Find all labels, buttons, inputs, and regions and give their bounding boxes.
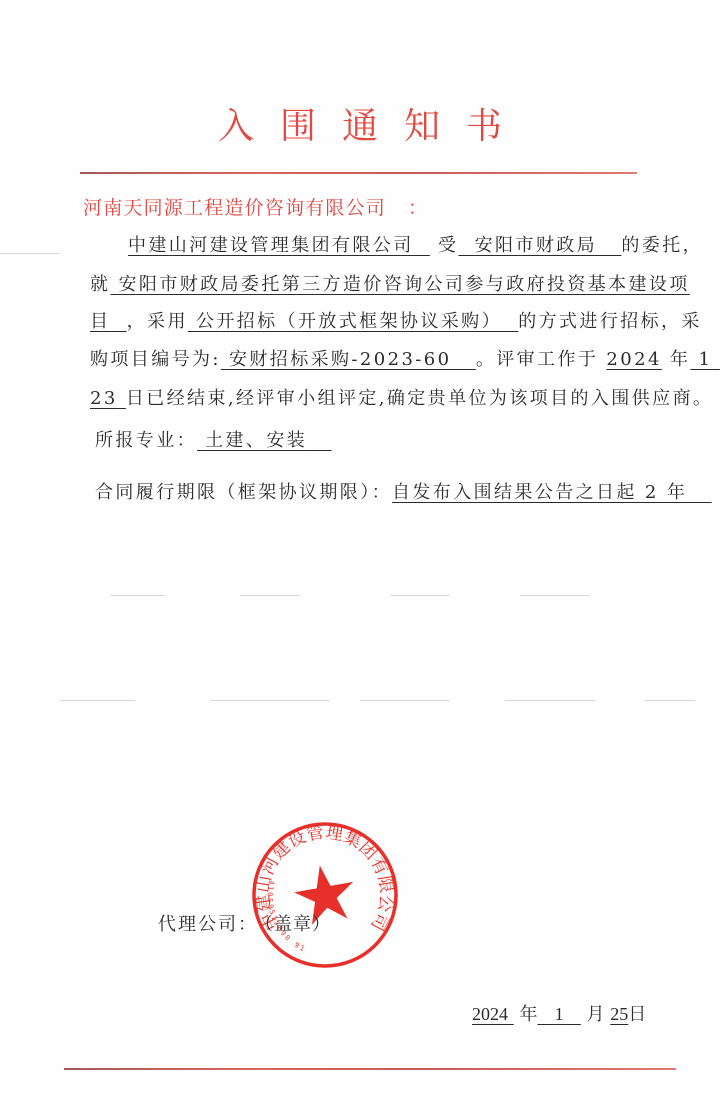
company-seal: 中建山河建设管理集团有限公司 41050515890 91 bbox=[250, 820, 400, 970]
body-line-2: 就 安阳市财政局委托第三方造价咨询公司参与政府投资基本建设项 bbox=[90, 270, 690, 296]
project-name-part1: 安阳市财政局委托第三方造价咨询公司参与政府投资基本建设项 bbox=[119, 274, 690, 295]
static-text: 日 bbox=[628, 1004, 646, 1025]
scan-artifact bbox=[520, 595, 590, 596]
specialty-value: 土建、安装 bbox=[205, 430, 307, 451]
project-name-part2: 目 bbox=[90, 311, 110, 332]
scan-artifact bbox=[360, 700, 450, 701]
static-text: 受 bbox=[438, 235, 458, 256]
scan-artifact bbox=[390, 595, 450, 596]
principal-name: 中建山河建设管理集团有限公司 bbox=[128, 235, 414, 256]
scan-artifact bbox=[60, 700, 135, 701]
specialty-label: 所报专业： bbox=[95, 430, 197, 451]
static-text: 年 bbox=[519, 1004, 537, 1025]
body-line-4: 购项目编号为: 安财招标采购-2023-60 。评审工作于 2024 年 1 月 bbox=[90, 345, 720, 371]
static-text: 。评审工作于 bbox=[476, 349, 598, 370]
scan-artifact bbox=[110, 595, 165, 596]
body-line-7: 合同履行期限（框架协议期限）：自发布入围结果公告之日起 2 年 bbox=[95, 478, 712, 504]
project-number: 安财招标采购-2023-60 bbox=[229, 349, 451, 370]
title-divider bbox=[80, 172, 637, 174]
body-line-3: 目 ，采用 公开招标（开放式框架协议采购） 的方式进行招标，采 bbox=[90, 307, 702, 333]
date-month: 1 bbox=[555, 1004, 564, 1024]
body-line-6: 所报专业： 土建、安装 bbox=[95, 426, 332, 452]
procurement-method: 公开招标（开放式框架协议采购） bbox=[196, 311, 502, 332]
static-text: 的方式进行招标，采 bbox=[518, 311, 702, 332]
issue-date: 2024 年 1 月 25日 bbox=[472, 1000, 646, 1026]
static-text: 购项目编号为: bbox=[90, 349, 221, 370]
addressee-name: 河南天同源工程造价咨询有限公司 bbox=[83, 197, 386, 219]
scan-artifact bbox=[240, 595, 300, 596]
footer-divider bbox=[64, 1068, 676, 1070]
addressee: 河南天同源工程造价咨询有限公司： bbox=[83, 193, 428, 220]
scan-artifact bbox=[645, 700, 695, 701]
body-line-5: 23 日已经结束,经评审小组评定,确定贵单位为该项目的入围供应商。 bbox=[90, 384, 713, 410]
date-day: 25 bbox=[610, 1004, 628, 1024]
static-text: 年 bbox=[670, 349, 690, 370]
static-text: 的委托， bbox=[621, 235, 703, 256]
review-month: 1 bbox=[698, 349, 712, 370]
scan-artifact bbox=[210, 700, 330, 701]
date-year: 2024 bbox=[472, 1004, 508, 1024]
body-line-1: 中建山河建设管理集团有限公司 受 安阳市财政局 的委托， bbox=[128, 231, 703, 257]
agent-company-label: 代理公司： bbox=[158, 910, 258, 936]
document-title: 入围通知书 bbox=[0, 98, 720, 149]
addressee-colon: ： bbox=[408, 197, 428, 219]
seal-label: （盖章） bbox=[255, 910, 331, 936]
review-day: 23 bbox=[90, 388, 118, 409]
scan-artifact bbox=[0, 253, 60, 254]
static-text: 就 bbox=[90, 274, 110, 295]
static-text: 日已经结束,经评审小组评定,确定贵单位为该项目的入围供应商。 bbox=[126, 388, 713, 409]
contract-period-value: 自发布入围结果公告之日起 2 年 bbox=[392, 482, 687, 503]
contract-period-label: 合同履行期限（框架协议期限）： bbox=[95, 482, 392, 503]
static-text: ，采用 bbox=[127, 311, 188, 332]
entrustor-name: 安阳市财政局 bbox=[475, 235, 597, 256]
review-year: 2024 bbox=[606, 349, 661, 370]
scan-artifact bbox=[505, 700, 595, 701]
static-text: 月 bbox=[587, 1004, 605, 1025]
